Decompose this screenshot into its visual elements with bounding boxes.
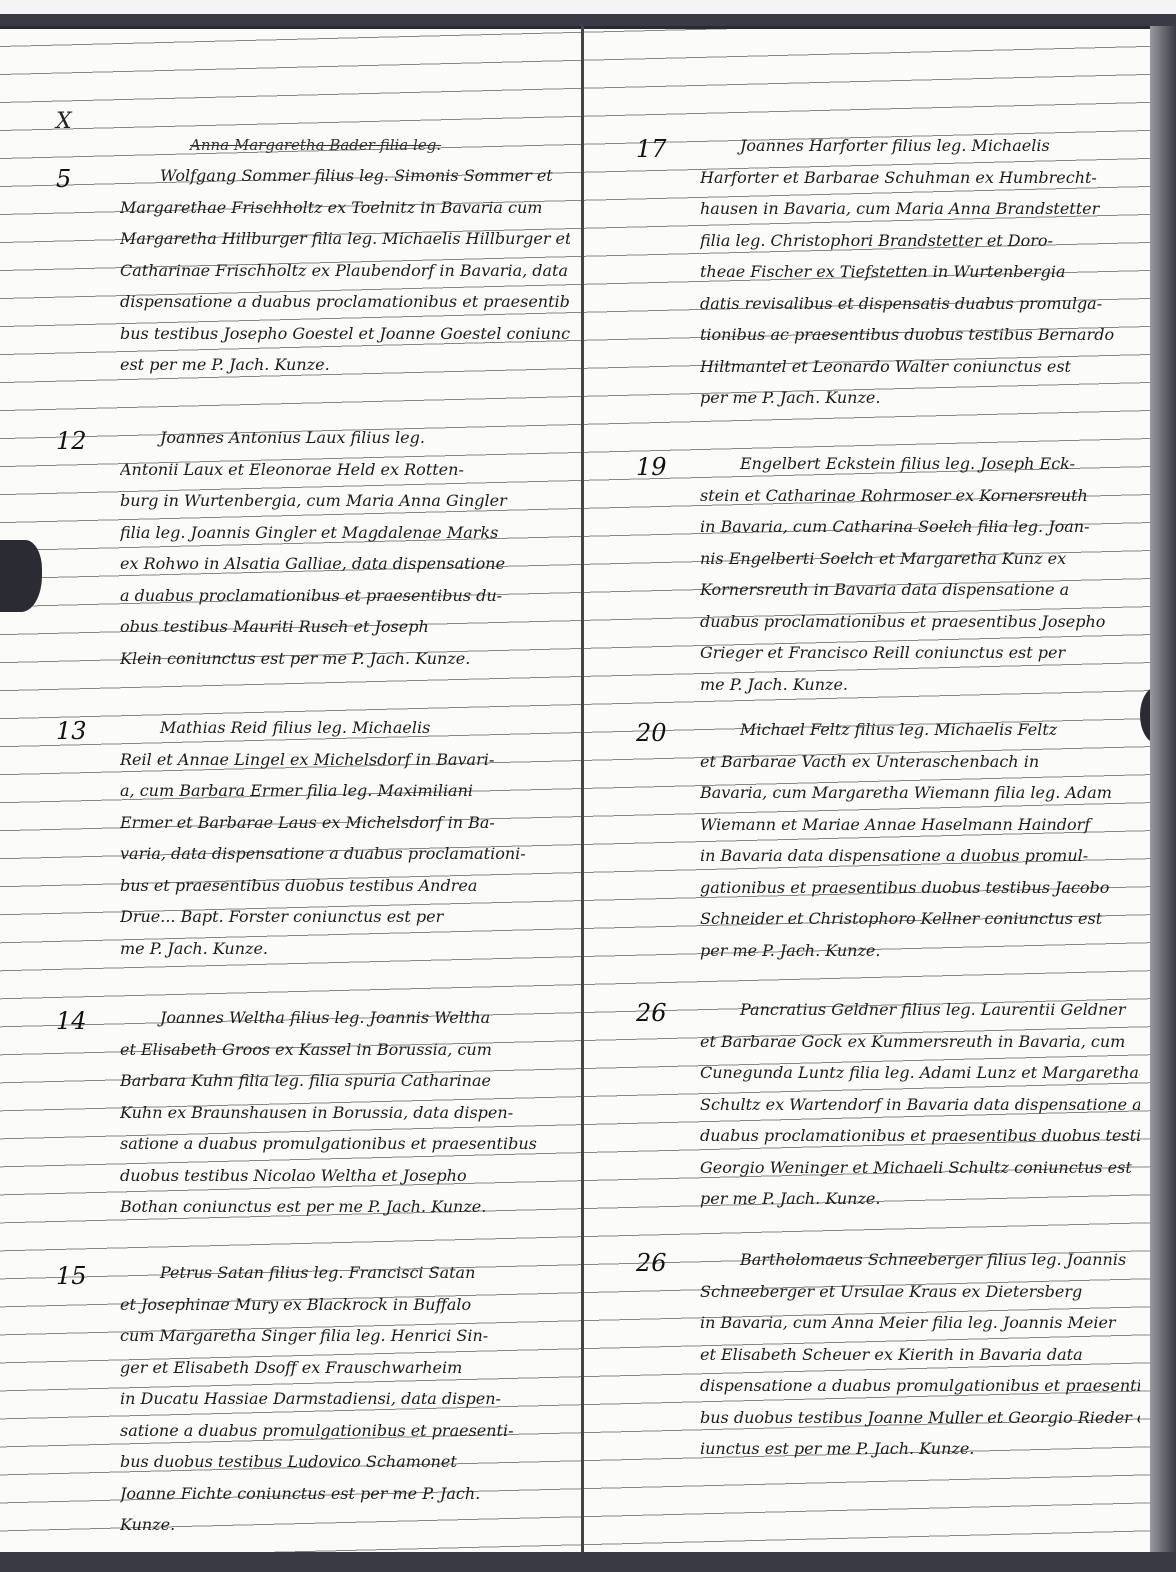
entry-line: filia leg. Joannis Gingler et Magdalenae…	[120, 517, 570, 549]
entry-line: tionibus ac praesentibus duobus testibus…	[700, 319, 1140, 351]
entry-line: datis revisalibus et dispensatis duabus …	[700, 288, 1140, 320]
entry-line: dispensatione a duabus proclamationibus …	[120, 286, 570, 318]
entry-line: ger et Elisabeth Dsoff ex Frauschwarheim	[120, 1352, 570, 1384]
entry-line: Schultz ex Wartendorf in Bavaria data di…	[700, 1089, 1140, 1121]
entry-line: nis Engelberti Soelch et Margaretha Kunz…	[700, 543, 1140, 575]
register-entry: 17 Joannes Harforter filius leg. Michael…	[630, 130, 1140, 448]
entry-line: dispensatione a duabus promulgationibus …	[700, 1370, 1140, 1402]
entry-line: Joannes Weltha filius leg. Joannis Welth…	[120, 1002, 570, 1034]
register-entry: 5 Wolfgang Sommer filius leg. Simonis So…	[50, 160, 570, 422]
page-gutter	[581, 26, 584, 1556]
entry-line: me P. Jach. Kunze.	[120, 933, 570, 965]
entry-line: Wolfgang Sommer filius leg. Simonis Somm…	[120, 160, 570, 192]
entry-line: a, cum Barbara Ermer filia leg. Maximili…	[120, 775, 570, 807]
entry-line: a duabus proclamationibus et praesentibu…	[120, 580, 570, 612]
entry-line: Joannes Antonius Laux filius leg.	[120, 422, 570, 454]
entry-line: satione a duabus promulgationibus et pra…	[120, 1415, 570, 1447]
entry-line: Barbara Kuhn filia leg. filia spuria Cat…	[120, 1065, 570, 1097]
entry-line: Bothan coniunctus est per me P. Jach. Ku…	[120, 1191, 570, 1223]
entry-line: in Ducatu Hassiae Darmstadiensi, data di…	[120, 1383, 570, 1415]
entry-line: satione a duabus promulgationibus et pra…	[120, 1128, 570, 1160]
entry-line: Klein coniunctus est per me P. Jach. Kun…	[120, 643, 570, 675]
entry-line: duabus proclamationibus et praesentibus …	[700, 1120, 1140, 1152]
scan-edge-shadow	[1150, 26, 1176, 1572]
entry-line: Margarethae Frischholtz ex Toelnitz in B…	[120, 192, 570, 224]
entry-line: Bavaria, cum Margaretha Wiemann filia le…	[700, 777, 1140, 809]
register-entry: 20 Michael Feltz filius leg. Michaelis F…	[630, 714, 1140, 994]
entry-line: duobus testibus Nicolao Weltha et Joseph…	[120, 1160, 570, 1192]
entry-line: et Barbarae Gock ex Kummersreuth in Bava…	[700, 1026, 1140, 1058]
right-column: 17 Joannes Harforter filius leg. Michael…	[630, 130, 1140, 1484]
register-entry: 19 Engelbert Eckstein filius leg. Joseph…	[630, 448, 1140, 714]
entry-line: Reil et Annae Lingel ex Michelsdorf in B…	[120, 744, 570, 776]
entry-line: Kornersreuth in Bavaria data dispensatio…	[700, 574, 1140, 606]
register-entry: 26 Bartholomaeus Schneeberger filius leg…	[630, 1244, 1140, 1484]
entry-line: per me P. Jach. Kunze.	[700, 382, 1140, 414]
entry-number: 20	[636, 718, 667, 750]
entry-line: in Bavaria data dispensatione a duobus p…	[700, 840, 1140, 872]
entry-line: iunctus est per me P. Jach. Kunze.	[700, 1433, 1140, 1465]
entry-number: 15	[56, 1261, 87, 1293]
entry-line: Pancratius Geldner filius leg. Laurentii…	[700, 994, 1140, 1026]
entry-line: et Barbarae Vacth ex Unteraschenbach in	[700, 746, 1140, 778]
entry-line: Michael Feltz filius leg. Michaelis Felt…	[700, 714, 1140, 746]
entry-line: Schneider et Christophoro Kellner coniun…	[700, 903, 1140, 935]
entry-line: Petrus Satan filius leg. Francisci Satan	[120, 1257, 570, 1289]
entry-number: 17	[636, 134, 667, 166]
register-entry: 14 Joannes Weltha filius leg. Joannis We…	[50, 1002, 570, 1257]
entry-line: bus et praesentibus duobus testibus Andr…	[120, 870, 570, 902]
entry-line: et Elisabeth Scheuer ex Kierith in Bavar…	[700, 1339, 1140, 1371]
entry-line: varia, data dispensatione a duabus procl…	[120, 838, 570, 870]
scan-top-margin	[0, 0, 1176, 14]
entry-number: 26	[636, 1248, 667, 1280]
entry-line: bus duobus testibus Joanne Muller et Geo…	[700, 1402, 1140, 1434]
entry-line: me P. Jach. Kunze.	[700, 669, 1140, 701]
entry-line: Joanne Fichte coniunctus est per me P. J…	[120, 1478, 570, 1510]
entry-line: obus testibus Mauriti Rusch et Joseph	[120, 611, 570, 643]
entry-line: ex Rohwo in Alsatia Galliae, data dispen…	[120, 548, 570, 580]
struck-header: Anna Margaretha Bader filia leg.	[120, 130, 570, 160]
entry-line: hausen in Bavaria, cum Maria Anna Brands…	[700, 193, 1140, 225]
ink-blot	[0, 540, 42, 612]
entry-number: 19	[636, 452, 667, 484]
entry-line: Joannes Harforter filius leg. Michaelis	[700, 130, 1140, 162]
entry-line: Wiemann et Mariae Annae Haselmann Haindo…	[700, 809, 1140, 841]
register-entry: 26 Pancratius Geldner filius leg. Lauren…	[630, 994, 1140, 1244]
entry-line: Kuhn ex Braunshausen in Borussia, data d…	[120, 1097, 570, 1129]
entry-line: per me P. Jach. Kunze.	[700, 1183, 1140, 1215]
entry-line: theae Fischer ex Tiefstetten in Wurtenbe…	[700, 256, 1140, 288]
entry-line: per me P. Jach. Kunze.	[700, 935, 1140, 967]
entry-line: cum Margaretha Singer filia leg. Henrici…	[120, 1320, 570, 1352]
left-column: X Anna Margaretha Bader filia leg. 5 Wol…	[50, 130, 570, 1557]
entry-line: Engelbert Eckstein filius leg. Joseph Ec…	[700, 448, 1140, 480]
entry-number: 26	[636, 998, 667, 1030]
struck-mark: X	[56, 106, 72, 138]
register-entry: 15 Petrus Satan filius leg. Francisci Sa…	[50, 1257, 570, 1557]
entry-line: Hiltmantel et Leonardo Walter coniunctus…	[700, 351, 1140, 383]
entry-line: Drue... Bapt. Forster coniunctus est per	[120, 901, 570, 933]
entry-line: burg in Wurtenbergia, cum Maria Anna Gin…	[120, 485, 570, 517]
entry-line: Margaretha Hillburger filia leg. Michael…	[120, 223, 570, 255]
entry-number: 5	[56, 164, 71, 196]
entry-line: Ermer et Barbarae Laus ex Michelsdorf in…	[120, 807, 570, 839]
entry-line: Catharinae Frischholtz ex Plaubendorf in…	[120, 255, 570, 287]
entry-line: Grieger et Francisco Reill coniunctus es…	[700, 637, 1140, 669]
entry-number: 14	[56, 1006, 87, 1038]
entry-line: Harforter et Barbarae Schuhman ex Humbre…	[700, 162, 1140, 194]
entry-line: Kunze.	[120, 1509, 570, 1541]
register-entry: 13 Mathias Reid filius leg. Michaelis Re…	[50, 712, 570, 1002]
entry-line: gationibus et praesentibus duobus testib…	[700, 872, 1140, 904]
entry-line: Mathias Reid filius leg. Michaelis	[120, 712, 570, 744]
entry-number: 13	[56, 716, 87, 748]
entry-line: in Bavaria, cum Anna Meier filia leg. Jo…	[700, 1307, 1140, 1339]
entry-line: Cunegunda Luntz filia leg. Adami Lunz et…	[700, 1057, 1140, 1089]
entry-line: filia leg. Christophori Brandstetter et …	[700, 225, 1140, 257]
entry-line: Antonii Laux et Eleonorae Held ex Rotten…	[120, 454, 570, 486]
entry-number: 12	[56, 426, 87, 458]
entry-line: stein et Catharinae Rohrmoser ex Korners…	[700, 480, 1140, 512]
entry-line: Georgio Weninger et Michaeli Schultz con…	[700, 1152, 1140, 1184]
entry-line: duabus proclamationibus et praesentibus …	[700, 606, 1140, 638]
entry-line: est per me P. Jach. Kunze.	[120, 349, 570, 381]
entry-line: in Bavaria, cum Catharina Soelch filia l…	[700, 511, 1140, 543]
entry-line: et Elisabeth Groos ex Kassel in Borussia…	[120, 1034, 570, 1066]
struck-header-entry: X Anna Margaretha Bader filia leg.	[50, 130, 570, 160]
entry-line: Bartholomaeus Schneeberger filius leg. J…	[700, 1244, 1140, 1276]
entry-line: Schneeberger et Ursulae Kraus ex Dieters…	[700, 1276, 1140, 1308]
register-entry: 12 Joannes Antonius Laux filius leg. Ant…	[50, 422, 570, 712]
entry-line: et Josephinae Mury ex Blackrock in Buffa…	[120, 1289, 570, 1321]
entry-line: bus duobus testibus Ludovico Schamonet	[120, 1446, 570, 1478]
entry-line: bus testibus Josepho Goestel et Joanne G…	[120, 318, 570, 350]
